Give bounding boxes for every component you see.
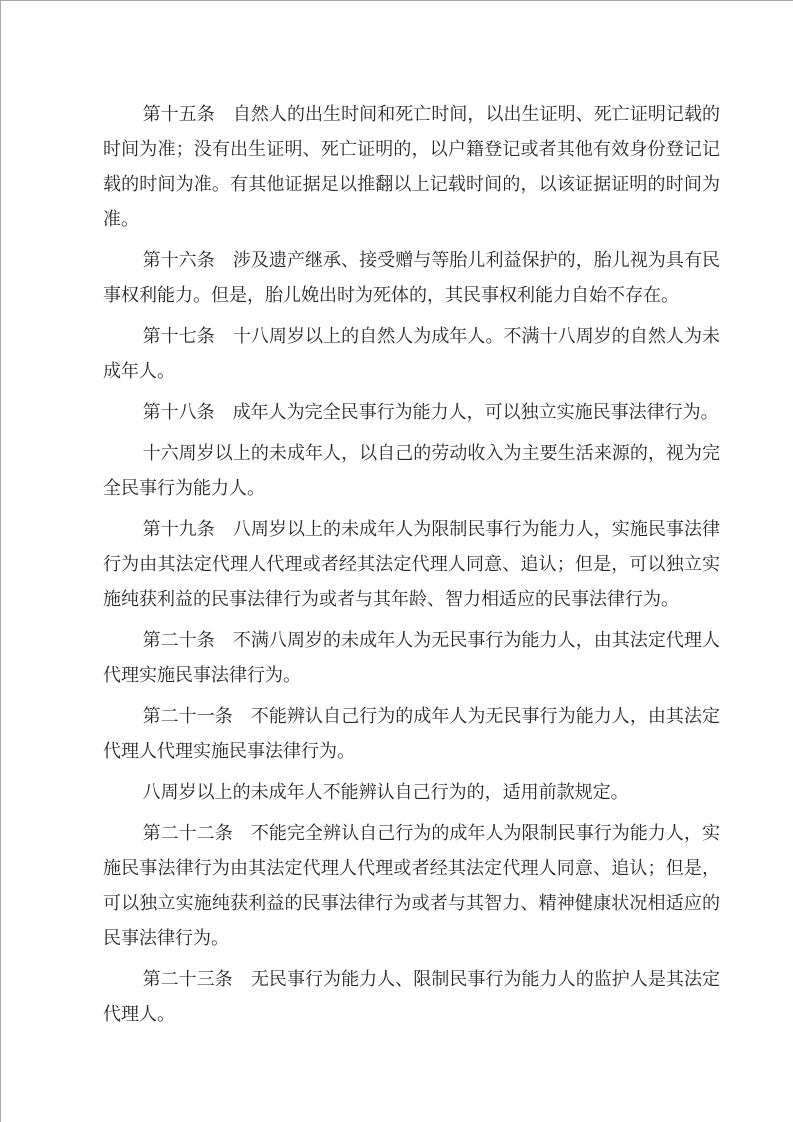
paragraph-article-15: 第十五条 自然人的出生时间和死亡时间，以出生证明、死亡证明记载的时间为准；没有出… [103, 97, 720, 237]
paragraph-article-18: 第十八条 成年人为完全民事行为能力人，可以独立实施民事法律行为。 [103, 395, 720, 430]
document-page-background: { "page": { "background_color": "#ffffff… [0, 0, 793, 1122]
article-number: 第二十三条 [143, 969, 233, 989]
paragraph-article-20: 第二十条 不满八周岁的未成年人为无民事行为能力人，由其法定代理人代理实施民事法律… [103, 623, 720, 693]
article-separator [215, 326, 233, 346]
article-number: 第十五条 [143, 104, 215, 124]
article-number: 第十八条 [143, 402, 215, 422]
paragraph-article-21: 第二十一条 不能辨认自己行为的成年人为无民事行为能力人，由其法定代理人代理实施民… [103, 699, 720, 769]
article-separator [215, 519, 233, 539]
article-separator [215, 630, 233, 650]
document-page: 第十五条 自然人的出生时间和死亡时间，以出生证明、死亡证明记载的时间为准；没有出… [1, 1, 793, 1122]
article-separator [233, 706, 251, 726]
article-number: 第十九条 [143, 519, 215, 539]
article-number: 第二十条 [143, 630, 215, 650]
article-separator [215, 402, 233, 422]
article-separator [215, 250, 233, 270]
article-separator [215, 104, 233, 124]
paragraph-article-16: 第十六条 涉及遗产继承、接受赠与等胎儿利益保护的，胎儿视为具有民事权利能力。但是… [103, 243, 720, 313]
article-text: 成年人为完全民事行为能力人，可以独立实施民事法律行为。 [233, 402, 719, 422]
article-separator [233, 823, 251, 843]
paragraph-article-19: 第十九条 八周岁以上的未成年人为限制民事行为能力人，实施民事法律行为由其法定代理… [103, 512, 720, 617]
paragraph-article-22: 第二十二条 不能完全辨认自己行为的成年人为限制民事行为能力人，实施民事法律行为由… [103, 816, 720, 956]
article-text: 八周岁以上的未成年人不能辨认自己行为的，适用前款规定。 [143, 782, 629, 802]
article-number: 第二十二条 [143, 823, 233, 843]
article-text: 十六周岁以上的未成年人，以自己的劳动收入为主要生活来源的，视为完全民事行为能力人… [103, 443, 720, 498]
article-separator [233, 969, 251, 989]
paragraph-article-21-continuation: 八周岁以上的未成年人不能辨认自己行为的，适用前款规定。 [103, 775, 720, 810]
article-number: 第十七条 [143, 326, 215, 346]
paragraph-article-23: 第二十三条 无民事行为能力人、限制民事行为能力人的监护人是其法定代理人。 [103, 962, 720, 1032]
paragraph-article-17: 第十七条 十八周岁以上的自然人为成年人。不满十八周岁的自然人为未成年人。 [103, 319, 720, 389]
article-number: 第二十一条 [143, 706, 233, 726]
paragraph-article-18-continuation: 十六周岁以上的未成年人，以自己的劳动收入为主要生活来源的，视为完全民事行为能力人… [103, 436, 720, 506]
article-number: 第十六条 [143, 250, 215, 270]
